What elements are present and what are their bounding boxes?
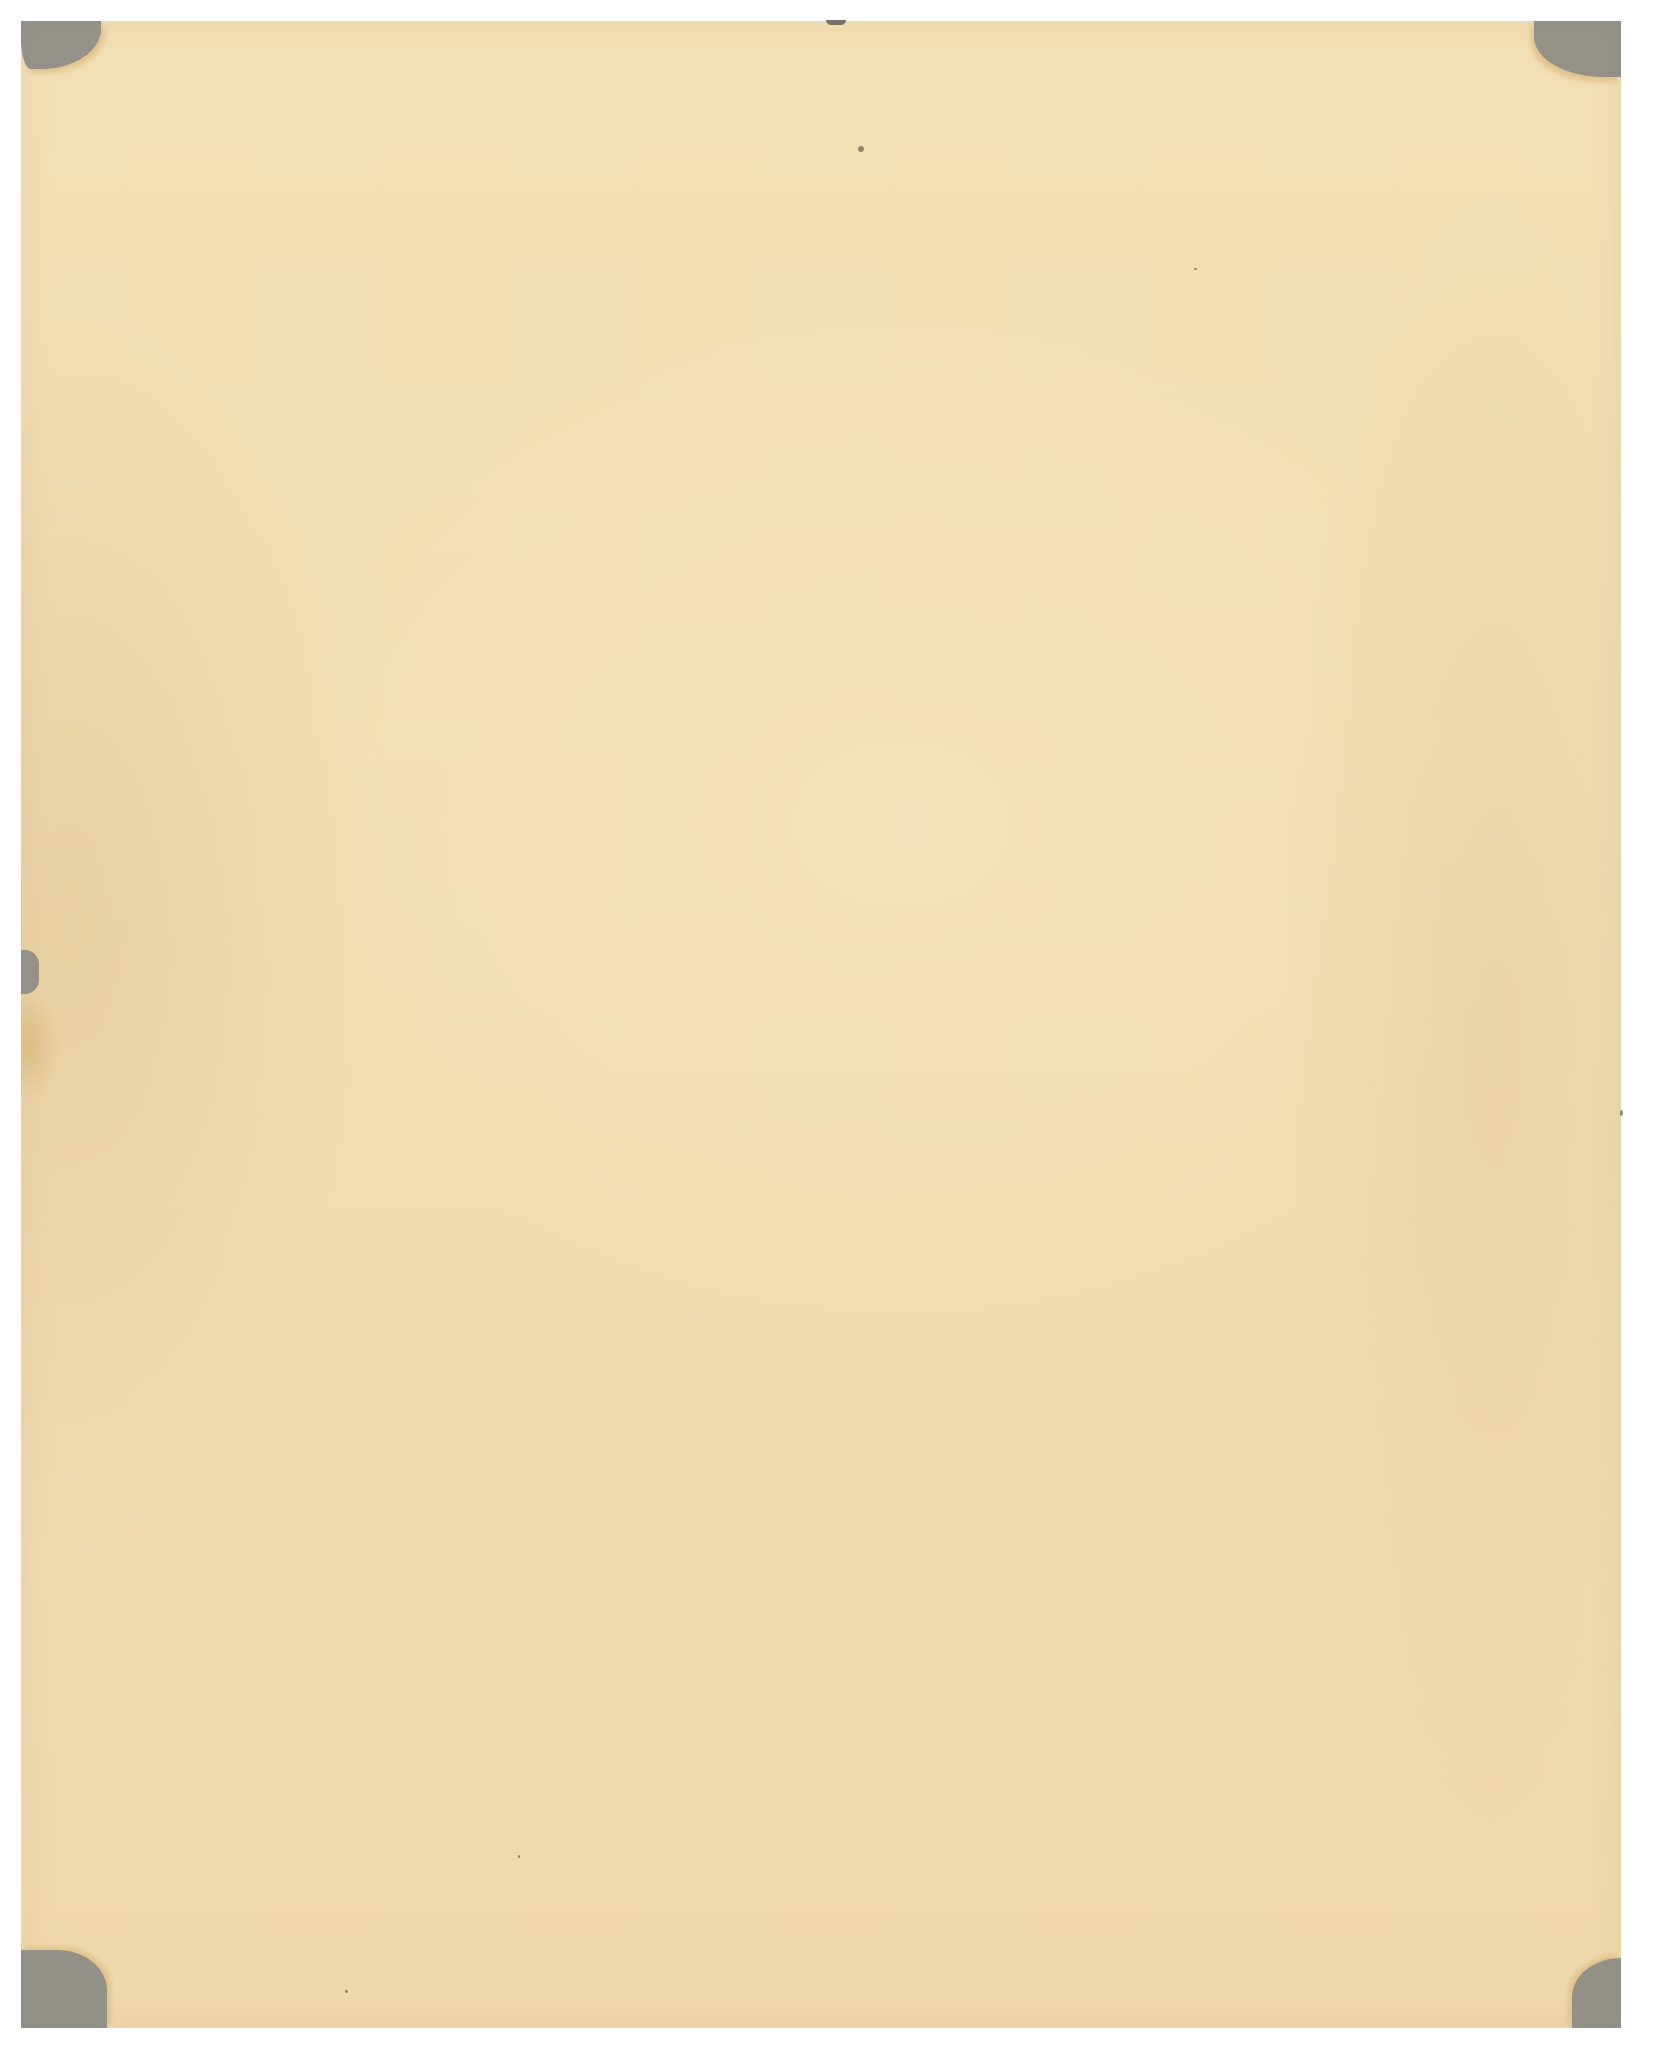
paper-speck — [858, 146, 864, 152]
tape-residue-top-edge — [826, 20, 846, 25]
aged-paper-sheet — [21, 21, 1621, 2028]
paper-speck — [1620, 1110, 1623, 1116]
paper-speck — [518, 1855, 520, 1858]
tape-residue-left-edge — [21, 950, 39, 994]
paper-speck — [345, 1990, 348, 1993]
paper-speck — [1194, 268, 1197, 270]
edge-stain — [21, 990, 61, 1100]
